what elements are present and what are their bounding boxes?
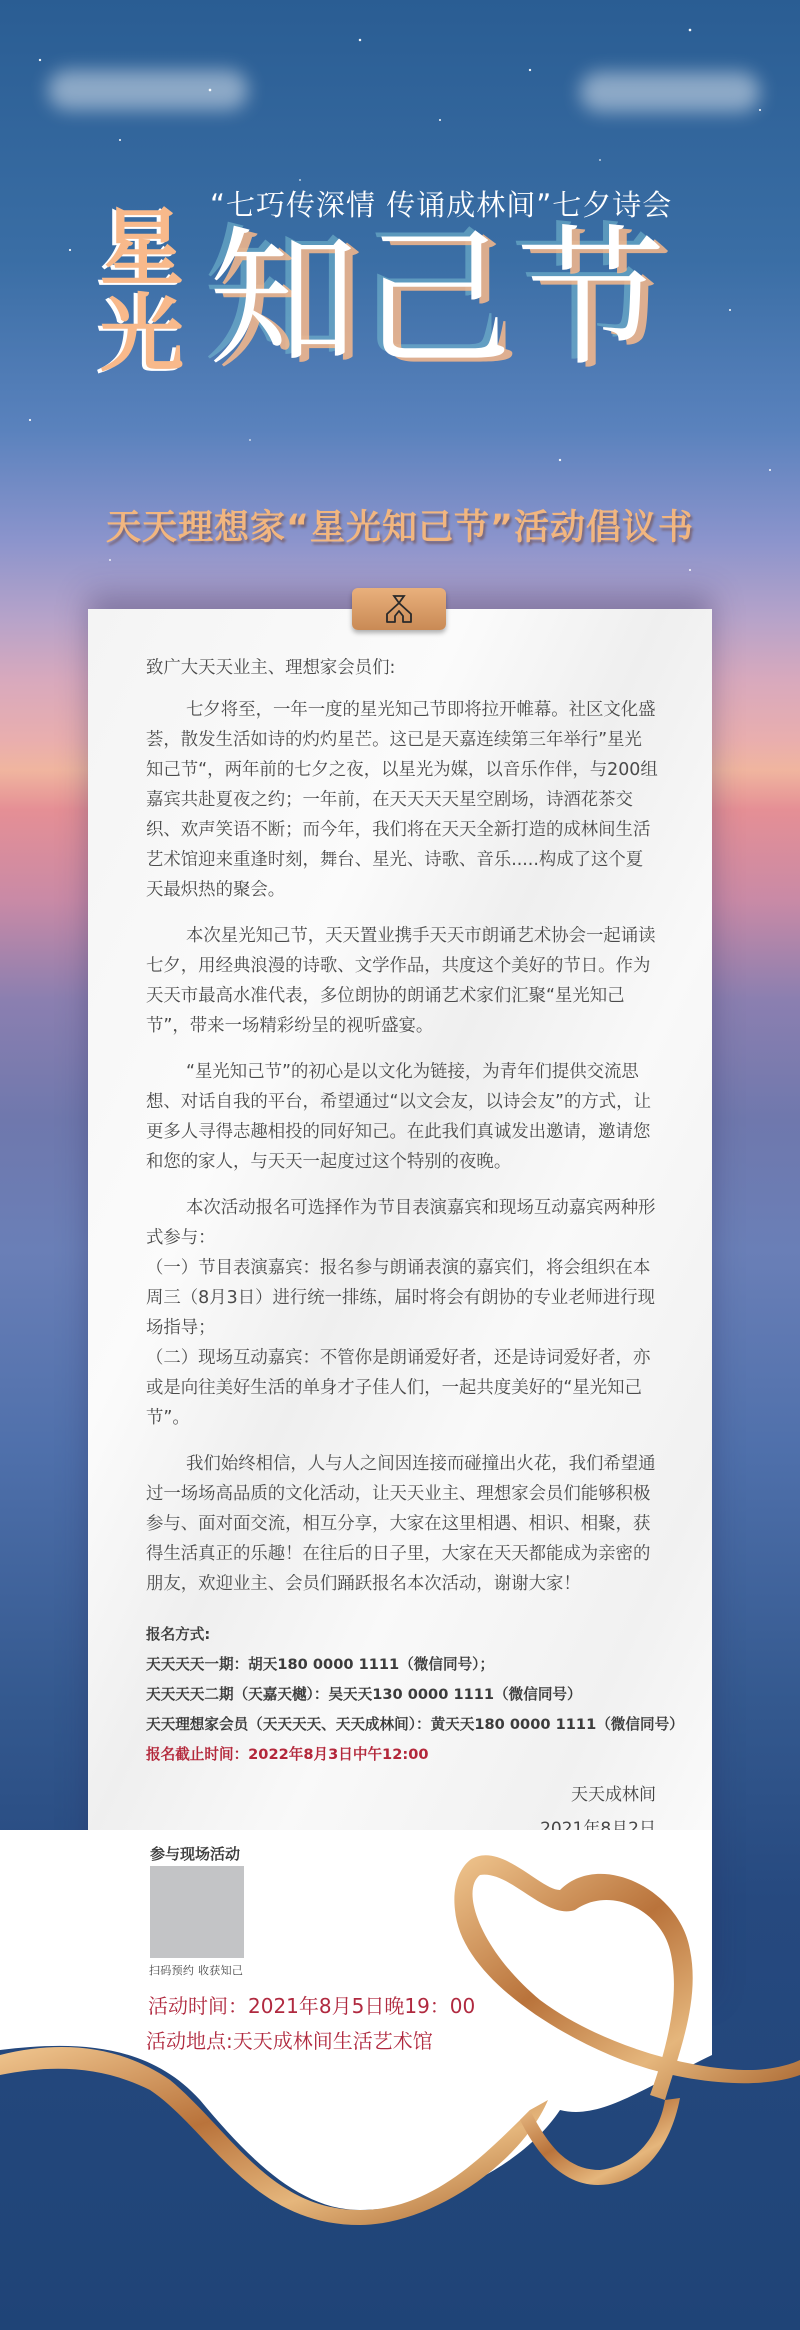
qr-code-placeholder[interactable] bbox=[150, 1866, 244, 1958]
paragraph-purpose: “星光知己节”的初心是以文化为链接，为青年们提供交流思想、对话自我的平台，希望通… bbox=[146, 1057, 658, 1177]
paragraph-closing: 我们始终相信，人与人之间因连接而碰撞出火花，我们希望通过一场场高品质的文化活动，… bbox=[146, 1449, 658, 1599]
signature-block: 天天成林间 2021年8月2日 bbox=[420, 1778, 656, 1846]
house-logo-icon bbox=[381, 594, 417, 624]
qr-caption: 扫码预约 收获知己 bbox=[149, 1962, 243, 1978]
paragraph-partnership: 本次星光知己节，天天置业携手天天市朗诵艺术协会一起诵读七夕，用经典浪漫的诗歌、文… bbox=[146, 921, 658, 1041]
event-time: 活动时间：2021年8月5日晚19：00 bbox=[148, 1990, 475, 2019]
title-char-guang: 光 bbox=[92, 291, 192, 377]
main-title: 知己节 bbox=[208, 215, 728, 385]
signature-date: 2021年8月2日 bbox=[420, 1812, 656, 1846]
registration-deadline: 报名截止时间：2022年8月3日中午12:00 bbox=[146, 1740, 686, 1770]
registration-info: 报名方式: 天天天天一期：胡天180 0000 1111（微信同号）； 天天天天… bbox=[146, 1620, 686, 1770]
paragraph-intro: 七夕将至，一年一度的星光知己节即将拉开帷幕。社区文化盛荟，散发生活如诗的灼灼星芒… bbox=[146, 695, 658, 905]
blurred-logo-left bbox=[48, 70, 248, 110]
registration-contact: 天天天天二期（天嘉天樾）：吴天天130 0000 1111（微信同号） bbox=[146, 1680, 686, 1710]
salutation: 致广大天天业主、理想家会员们: bbox=[146, 653, 658, 683]
registration-title: 报名方式: bbox=[146, 1620, 686, 1650]
title-char-xing: 星 bbox=[92, 205, 192, 291]
paragraph-participation: 本次活动报名可选择作为节目表演嘉宾和现场互动嘉宾两种形式参与： bbox=[146, 1193, 658, 1253]
registration-contact: 天天天天一期：胡天180 0000 1111（微信同号）； bbox=[146, 1650, 686, 1680]
proposal-heading: 天天理想家“星光知己节”活动倡议书 bbox=[0, 500, 800, 550]
signature-org: 天天成林间 bbox=[420, 1778, 656, 1812]
logo-badge bbox=[352, 588, 446, 630]
event-place: 活动地点:天天成林间生活艺术馆 bbox=[146, 2025, 433, 2054]
title-xingguang: 星 光 bbox=[92, 205, 192, 377]
option-interactive-guest: （二）现场互动嘉宾：不管你是朗诵爱好者，还是诗词爱好者，亦或是向往美好生活的单身… bbox=[146, 1343, 658, 1433]
letter-body: 致广大天天业主、理想家会员们: 七夕将至，一年一度的星光知己节即将拉开帷幕。社区… bbox=[146, 653, 658, 1615]
qr-label: 参与现场活动 bbox=[150, 1843, 240, 1864]
blurred-logo-right bbox=[580, 72, 760, 112]
registration-contact: 天天理想家会员（天天天天、天天成林间）：黄天天180 0000 1111（微信同… bbox=[146, 1710, 686, 1740]
option-performance-guest: （一）节目表演嘉宾：报名参与朗诵表演的嘉宾们，将会组织在本周三（8月3日）进行统… bbox=[146, 1253, 658, 1343]
